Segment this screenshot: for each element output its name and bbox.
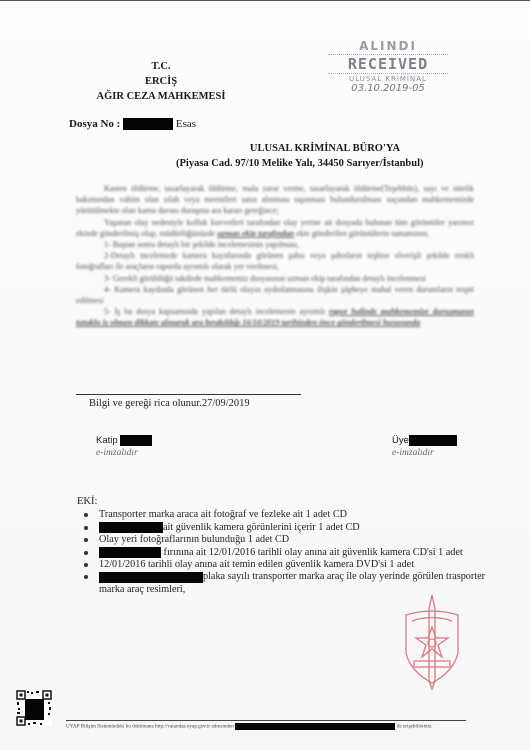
attachment-item: ait güvenlik kamera görünlerini içerir 1… (77, 522, 497, 534)
request-item-4: 4- Kamera kaydında görünen her türlü ola… (76, 284, 474, 306)
footer-divider (66, 720, 466, 721)
court-header: T.C. ERCİŞ AĞIR CEZA MAHKEMESİ (66, 59, 256, 104)
attachment-item: Transporter marka araca ait fotoğraf ve … (77, 509, 497, 521)
header-line-court: AĞIR CEZA MAHKEMESİ (66, 89, 256, 104)
redacted-member-name (409, 435, 457, 446)
bullet-icon (84, 513, 88, 517)
signature-member-title: Üye (392, 435, 409, 446)
attachment-item: Olay yeri fotoğraflarının bulunduğu 1 ad… (77, 534, 497, 546)
stamp-alindi: ALINDI (318, 39, 458, 53)
redacted-clerk-name (120, 435, 152, 446)
redacted-location (99, 522, 163, 533)
request-item-3: 3- Gerekli görüldüğü takdirde mahkememiz… (76, 273, 474, 284)
signature-clerk-esign: e-imzalıdır (96, 448, 152, 458)
document-page: T.C. ERCİŞ AĞIR CEZA MAHKEMESİ Dosya No … (0, 0, 530, 750)
signature-member: Üye e-imzalıdır (392, 435, 457, 458)
redacted-file-number (123, 118, 173, 130)
attachment-text: fırınına ait 12/01/2016 tarihli olay anı… (164, 547, 463, 558)
attachment-text: Transporter marka araca ait fotoğraf ve … (99, 509, 347, 520)
body-paragraph-2-end: ekte gönderilen görüntülerin tamamının; (296, 229, 429, 238)
redacted-plate-number (99, 572, 203, 583)
attachment-text: 12/01/2016 tarihli olay anına ait temin … (99, 559, 414, 570)
emphasis-underline (76, 394, 301, 395)
bullet-icon (84, 526, 88, 530)
bullet-icon (84, 551, 88, 555)
body-paragraph-1: Kasten öldürme, tasarlayarak öldürme, ma… (76, 183, 474, 217)
body-paragraph-2-emphasis: uzman ekip tarafından (217, 229, 294, 238)
letter-body: Kasten öldürme, tasarlayarak öldürme, ma… (76, 183, 474, 329)
attachments-title: EKİ: (77, 496, 497, 508)
received-stamp: ALINDI RECEIVED ULUSAL KRİMİNAL 03.10.20… (318, 39, 458, 94)
file-number-label: Dosya No : (69, 118, 120, 130)
attachments-list: Transporter marka araca ait fotoğraf ve … (77, 509, 497, 596)
attachment-item: fırınına ait 12/01/2016 tarihli olay anı… (77, 547, 497, 559)
attachments: EKİ: Transporter marka araca ait fotoğra… (77, 496, 497, 596)
signature-member-esign: e-imzalıdır (392, 448, 457, 458)
attachment-text: Olay yeri fotoğraflarının bulunduğu 1 ad… (99, 534, 289, 545)
request-item-5: 5- İş bu dosya kapsamında yapılan detayl… (76, 306, 474, 328)
bullet-icon (84, 563, 88, 567)
file-number: Dosya No : Esas (69, 118, 196, 130)
attachment-text: ait güvenlik kamera görünlerini içerir 1… (163, 522, 360, 533)
footer-text-before: UYAP Bilişim Sistemindeki bu dokümana ht… (66, 724, 234, 730)
recipient-block: ULUSAL KRİMİNAL BÜRO'YA (Piyasa Cad. 97/… (160, 141, 490, 171)
bullet-icon (84, 538, 88, 542)
signature-clerk-title: Katip (96, 435, 118, 446)
signature-clerk: Katip e-imzalıdır (96, 435, 152, 458)
recipient-name: ULUSAL KRİMİNAL BÜRO'YA (160, 141, 490, 156)
attachment-item: 12/01/2016 tarihli olay anına ait temin … (77, 559, 497, 571)
header-line-tc: T.C. (66, 59, 256, 74)
stamp-date: 03.10.2019-05 (318, 83, 458, 94)
header-line-city: ERCİŞ (66, 74, 256, 89)
qr-code[interactable] (16, 690, 52, 726)
stamp-received: RECEIVED (328, 54, 448, 74)
redacted-verification-code (235, 723, 395, 730)
redacted-business-name (99, 547, 161, 558)
file-number-suffix: Esas (176, 118, 196, 130)
stamp-institution: ULUSAL KRİMİNAL (318, 75, 458, 83)
request-item-1: 1- Baştan sonra detaylı bir şekilde ince… (76, 239, 474, 250)
request-item-2: 2-Detaylı incelemede kamera kayıtlarında… (76, 250, 474, 272)
bullet-icon (84, 575, 88, 579)
footer-text-after: ile erişebilirsiniz. (397, 724, 433, 730)
recipient-address: (Piyasa Cad. 97/10 Melike Yalı, 34450 Sa… (160, 156, 490, 171)
closing-line: Bilgi ve gereği rica olunur.27/09/2019 (89, 398, 250, 409)
body-paragraph-2: Yaşanan olay nedeniyle kolluk kuvvetleri… (76, 217, 474, 239)
police-emblem-icon (392, 593, 472, 691)
request-item-5-text: 5- İş bu dosya kapsamında yapılan detayl… (104, 307, 325, 316)
footer-verification: UYAP Bilişim Sistemindeki bu dokümana ht… (66, 723, 486, 730)
